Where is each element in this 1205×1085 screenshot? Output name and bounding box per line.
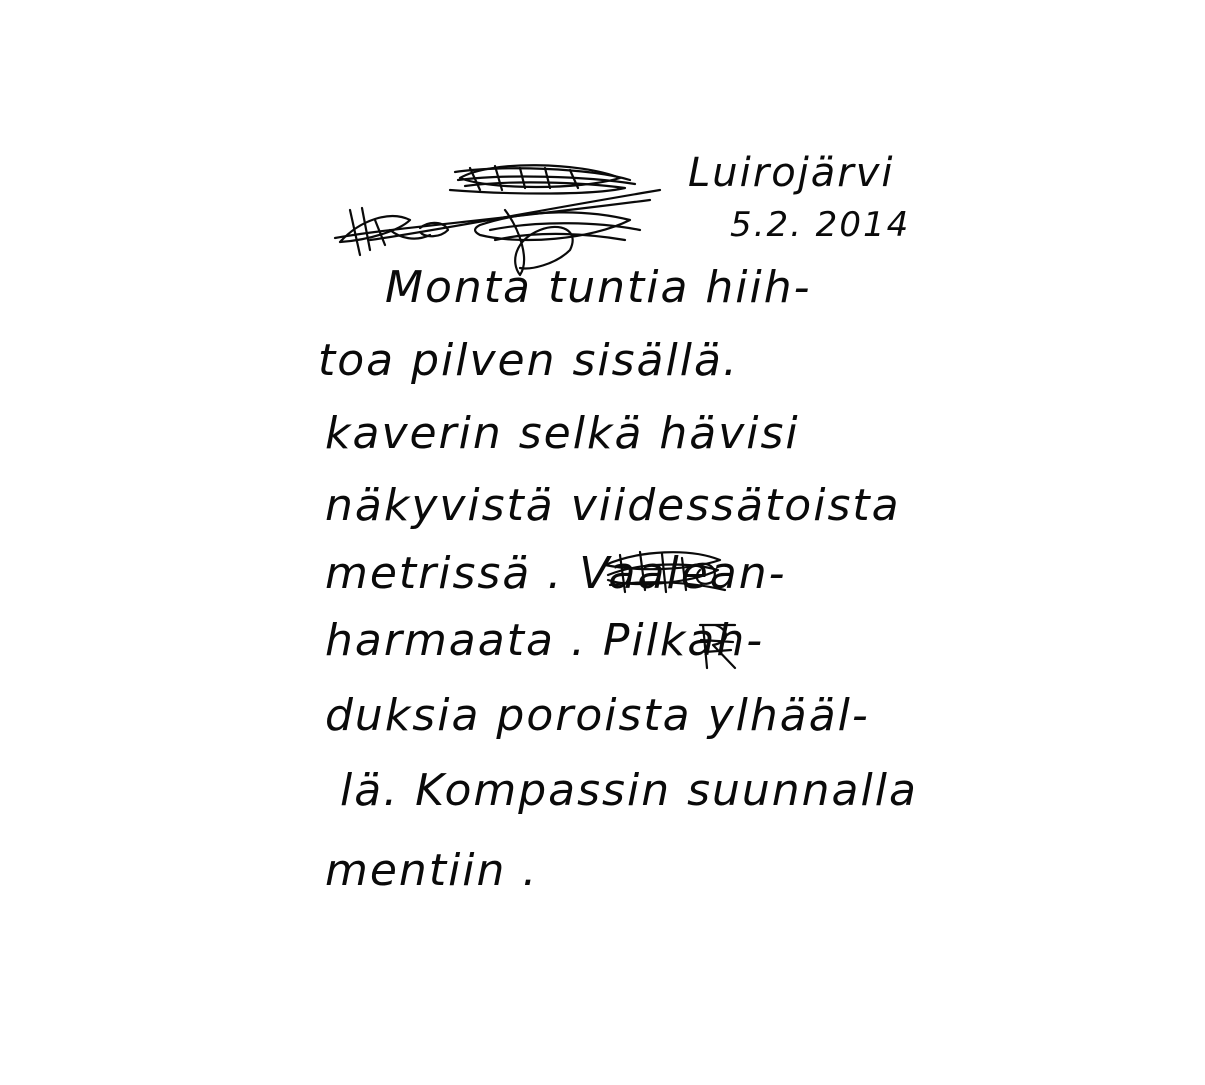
note-line-2: toa pilven sisällä. — [318, 335, 739, 386]
note-line-8: lä. Kompassin suunnalla — [340, 765, 918, 816]
note-date: 5.2. 2014 — [730, 205, 910, 245]
crossed-out-letter-line6 — [695, 620, 740, 670]
note-line-1: Monta tuntia hiih- — [385, 262, 812, 313]
handwritten-note-page: Luirojärvi 5.2. 2014 Monta tuntia hiih- … — [0, 0, 1205, 1085]
note-line-3: kaverin selkä hävisi — [325, 408, 800, 459]
note-line-9: mentiin . — [325, 845, 538, 896]
note-line-4: näkyvistä viidessätoista — [325, 480, 901, 531]
crossed-out-word-line5 — [600, 540, 730, 600]
note-line-7: duksia poroista ylhääl- — [325, 690, 870, 741]
note-place: Luirojärvi — [688, 150, 895, 196]
crossed-out-words-header — [330, 150, 670, 280]
